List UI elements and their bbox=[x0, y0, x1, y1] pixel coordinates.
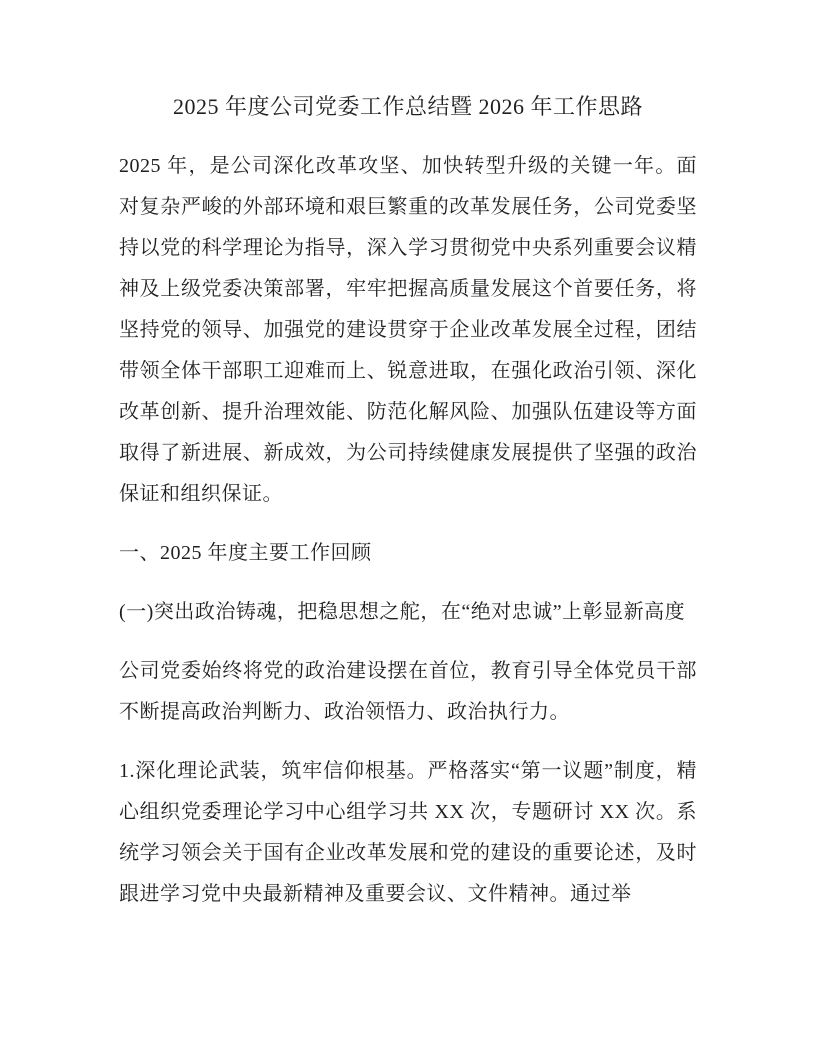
document-page: 2025 年度公司党委工作总结暨 2026 年工作思路 2025 年，是公司深化… bbox=[0, 0, 816, 1056]
document-title: 2025 年度公司党委工作总结暨 2026 年工作思路 bbox=[119, 86, 697, 127]
paragraph-intro: 2025 年，是公司深化改革攻坚、加快转型升级的关键一年。面对复杂严峻的外部环境… bbox=[119, 146, 697, 515]
paragraph-theory-armament: 1.深化理论武装，筑牢信仰根基。严格落实“第一议题”制度，精心组织党委理论学习中… bbox=[119, 751, 697, 915]
heading-subsection-1-political-loyalty: (一)突出政治铸魂，把稳思想之舵，在“绝对忠诚”上彰显新高度 bbox=[119, 592, 697, 633]
paragraph-political-building: 公司党委始终将党的政治建设摆在首位，教育引导全体党员干部不断提高政治判断力、政治… bbox=[119, 651, 697, 733]
heading-section-1-review: 一、2025 年度主要工作回顾 bbox=[119, 533, 697, 574]
